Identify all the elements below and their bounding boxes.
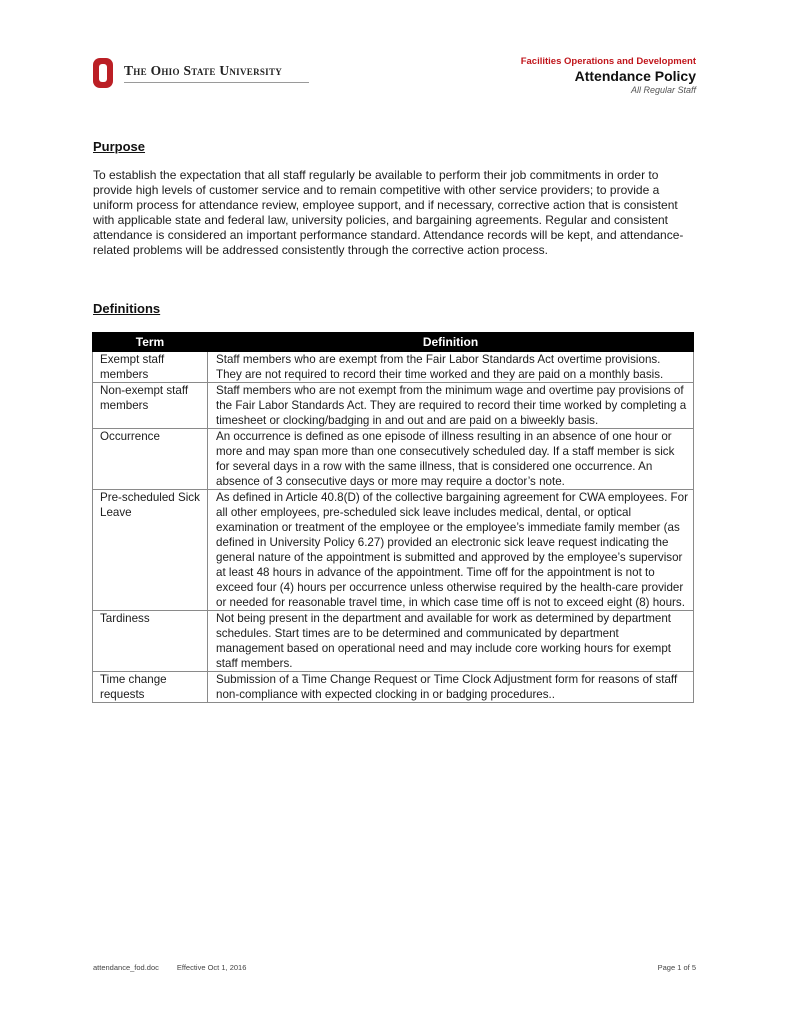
table-header-row: Term Definition xyxy=(93,333,694,352)
definitions-table: Term Definition Exempt staff members Sta… xyxy=(92,332,694,703)
university-logo: The Ohio State University xyxy=(93,56,309,90)
document-subtitle: All Regular Staff xyxy=(521,85,696,96)
table-row: Exempt staff members Staff members who a… xyxy=(93,352,694,383)
term-cell: Exempt staff members xyxy=(93,352,208,383)
logo-underline xyxy=(124,82,309,83)
term-cell: Time change requests xyxy=(93,672,208,703)
term-cell: Non-exempt staff members xyxy=(93,383,208,429)
definition-cell: An occurrence is defined as one episode … xyxy=(208,429,694,490)
term-cell: Occurrence xyxy=(93,429,208,490)
definition-cell: Staff members who are not exempt from th… xyxy=(208,383,694,429)
term-cell: Tardiness xyxy=(93,611,208,672)
definition-cell: Staff members who are exempt from the Fa… xyxy=(208,352,694,383)
table-row: Pre-scheduled Sick Leave As defined in A… xyxy=(93,490,694,611)
footer-left: attendance_fod.docEffective Oct 1, 2016 xyxy=(93,963,246,972)
document-page: The Ohio State University Facilities Ope… xyxy=(0,0,788,1019)
footer-effective-date: Effective Oct 1, 2016 xyxy=(177,963,247,972)
logo-wordmark: The Ohio State University xyxy=(124,63,309,79)
table-row: Time change requests Submission of a Tim… xyxy=(93,672,694,703)
table-row: Occurrence An occurrence is defined as o… xyxy=(93,429,694,490)
definition-cell: Submission of a Time Change Request or T… xyxy=(208,672,694,703)
page-number: Page 1 of 5 xyxy=(658,963,696,972)
purpose-paragraph: To establish the expectation that all st… xyxy=(93,168,693,258)
purpose-heading: Purpose xyxy=(93,139,145,154)
definitions-heading: Definitions xyxy=(93,301,160,316)
table-row: Non-exempt staff members Staff members w… xyxy=(93,383,694,429)
definition-cell: As defined in Article 40.8(D) of the col… xyxy=(208,490,694,611)
document-title: Attendance Policy xyxy=(521,68,696,85)
definition-cell: Not being present in the department and … xyxy=(208,611,694,672)
footer-filename: attendance_fod.doc xyxy=(93,963,159,972)
term-cell: Pre-scheduled Sick Leave xyxy=(93,490,208,611)
document-header: Facilities Operations and Development At… xyxy=(521,56,696,96)
block-o-icon xyxy=(93,58,113,88)
table-row: Tardiness Not being present in the depar… xyxy=(93,611,694,672)
column-header-definition: Definition xyxy=(208,333,694,352)
column-header-term: Term xyxy=(93,333,208,352)
department-name: Facilities Operations and Development xyxy=(521,56,696,68)
